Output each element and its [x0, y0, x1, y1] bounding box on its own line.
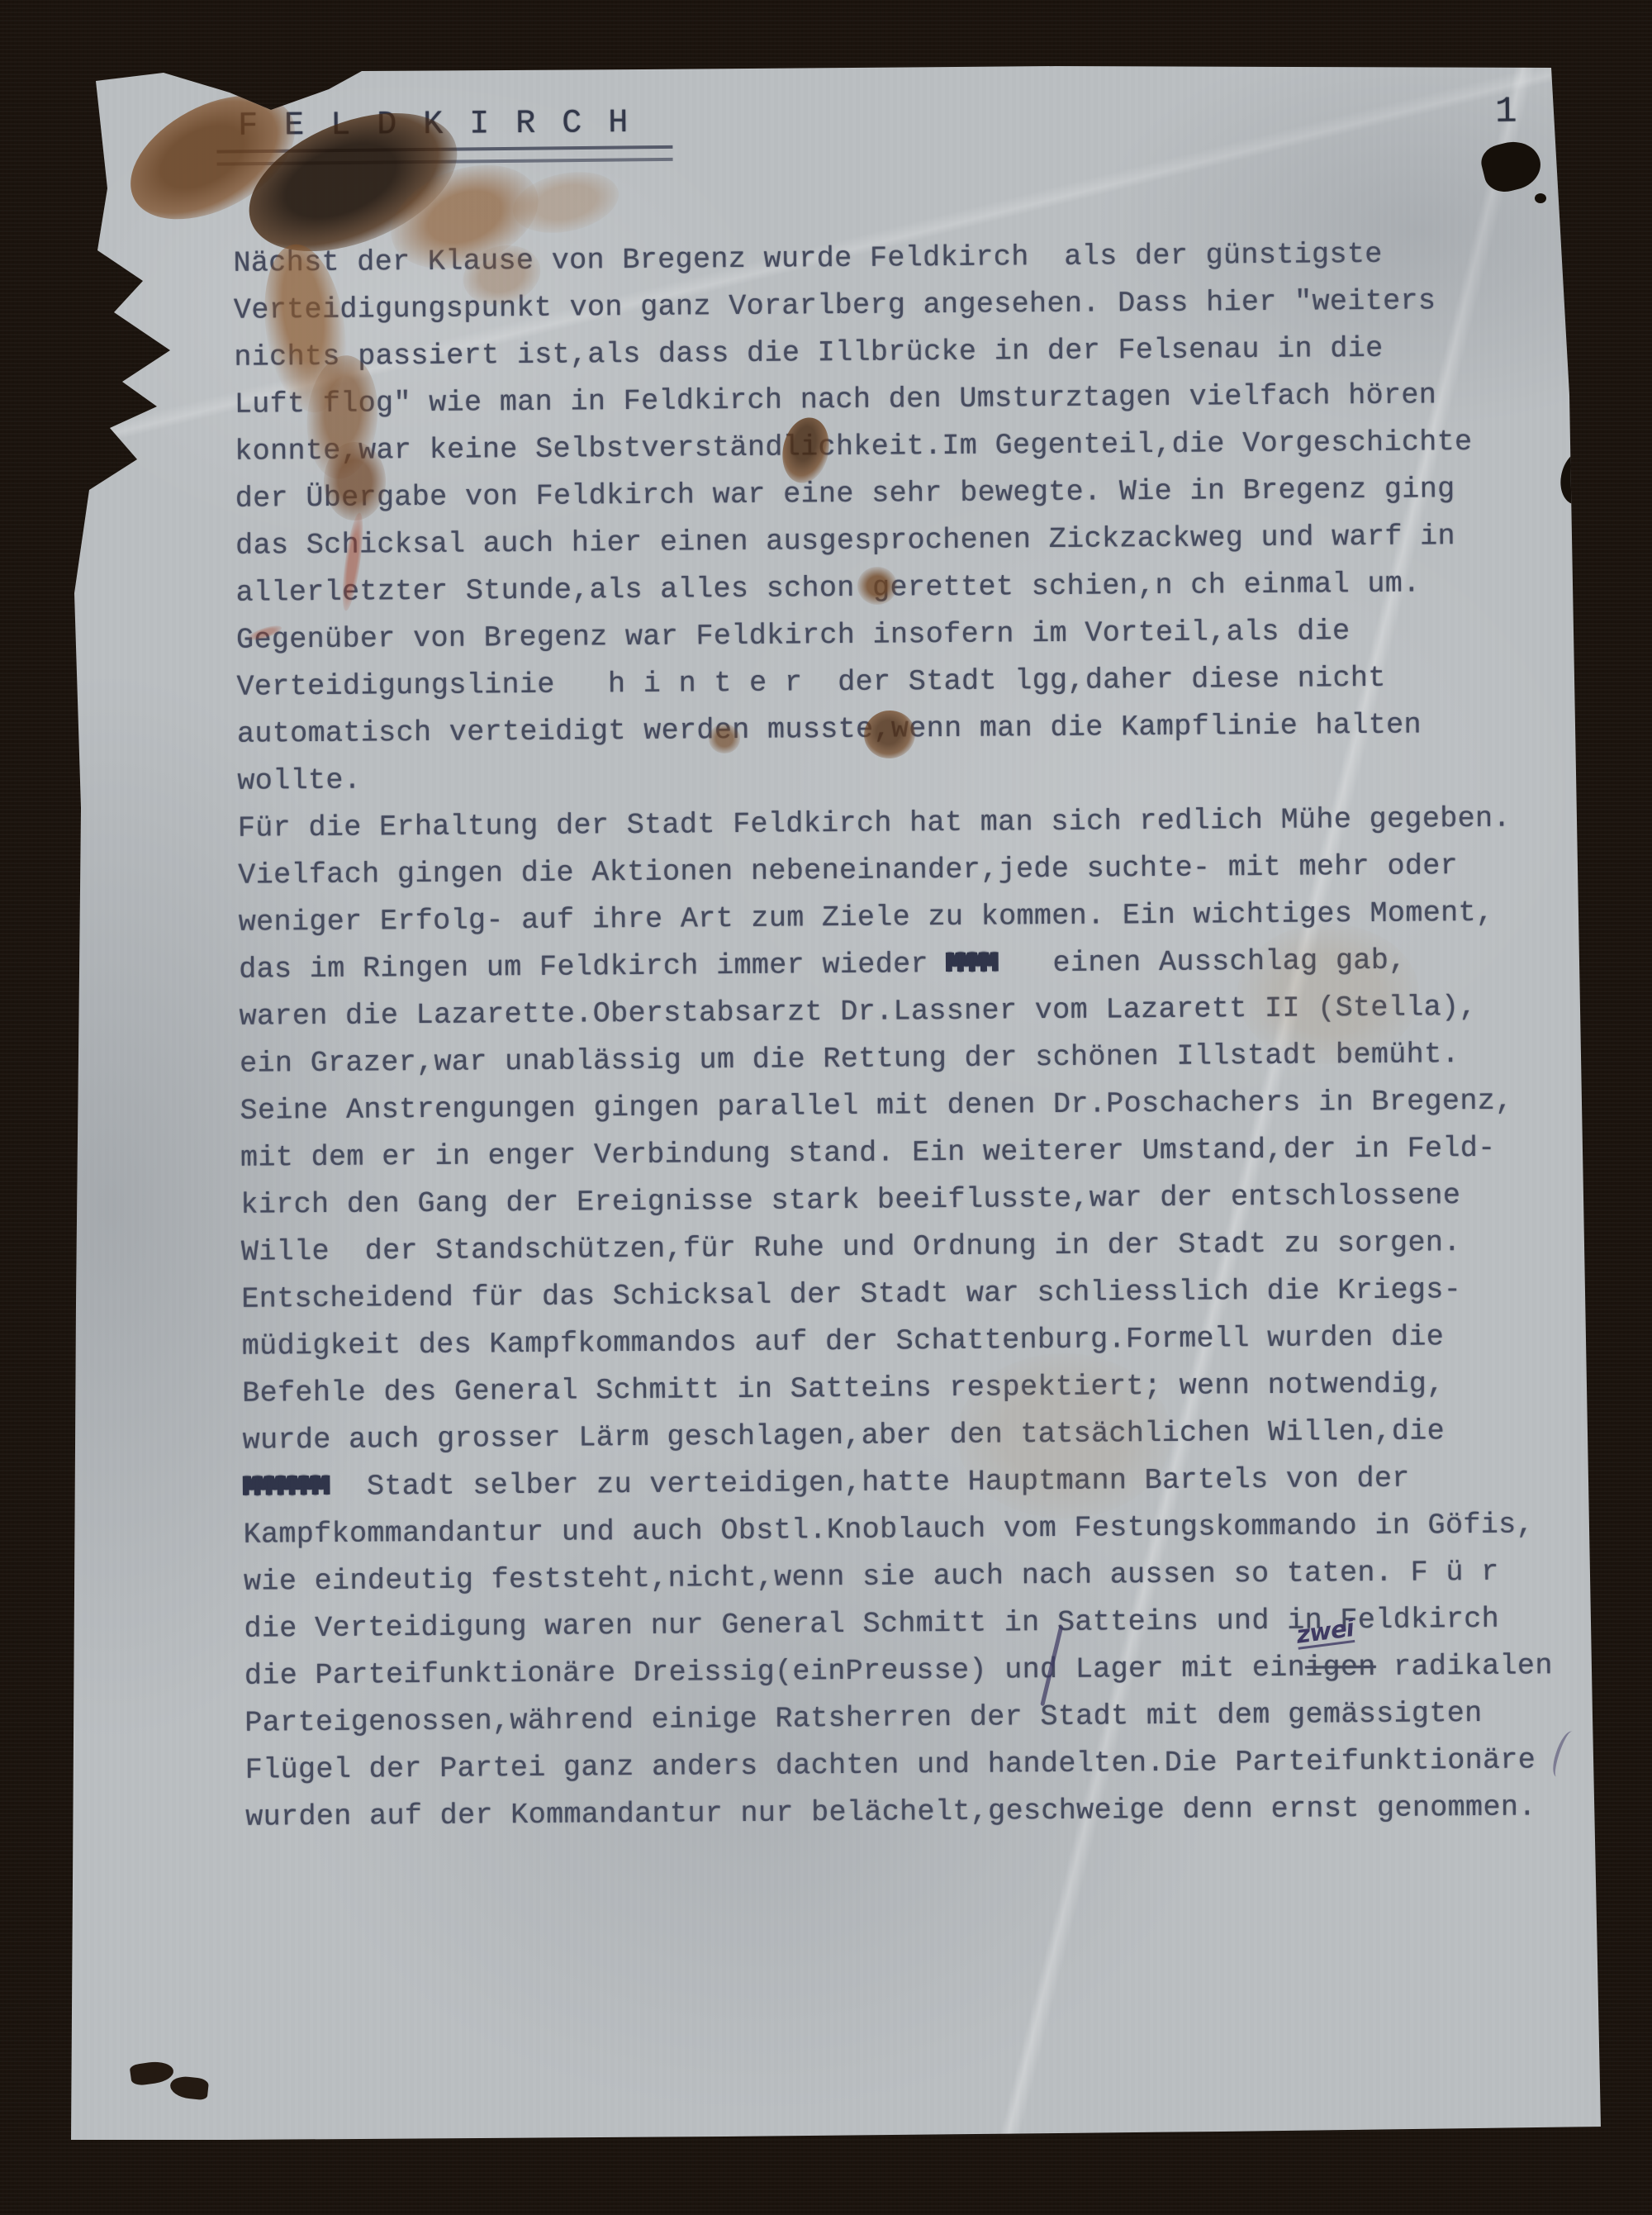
- text-segment: die Parteifunktionäre Dreissig(einPreuss…: [244, 1652, 1305, 1693]
- text-line: wurden auf der Kommandantur nur belächel…: [245, 1784, 1567, 1842]
- document-content: F E L D K I R C H 1 Nächst der Klause vo…: [63, 55, 1617, 2144]
- text-segment: radikalen: [1376, 1649, 1553, 1684]
- page-number: 1: [1495, 92, 1517, 133]
- page-background: F E L D K I R C H 1 Nächst der Klause vo…: [0, 0, 1652, 2215]
- document-page: F E L D K I R C H 1 Nächst der Klause vo…: [64, 64, 1602, 2141]
- struck-text: igen: [1305, 1651, 1376, 1685]
- text-segment: Stadt selber zu verteidigen,hatte Hauptm…: [331, 1462, 1410, 1504]
- overstrike-correction: MMMM: [946, 948, 992, 981]
- document-body: Nächst der Klause von Bregenz wurde Feld…: [233, 230, 1567, 1842]
- text-segment: einen Ausschlag gab,: [999, 944, 1407, 981]
- text-segment: das im Ringen um Feldkirch immer wieder: [239, 948, 946, 986]
- title-underline: [216, 145, 672, 166]
- overstrike-correction: MMMMMMM: [243, 1471, 324, 1504]
- document-title: F E L D K I R C H: [238, 105, 631, 145]
- handwritten-annotation: zwei: [1295, 1616, 1355, 1650]
